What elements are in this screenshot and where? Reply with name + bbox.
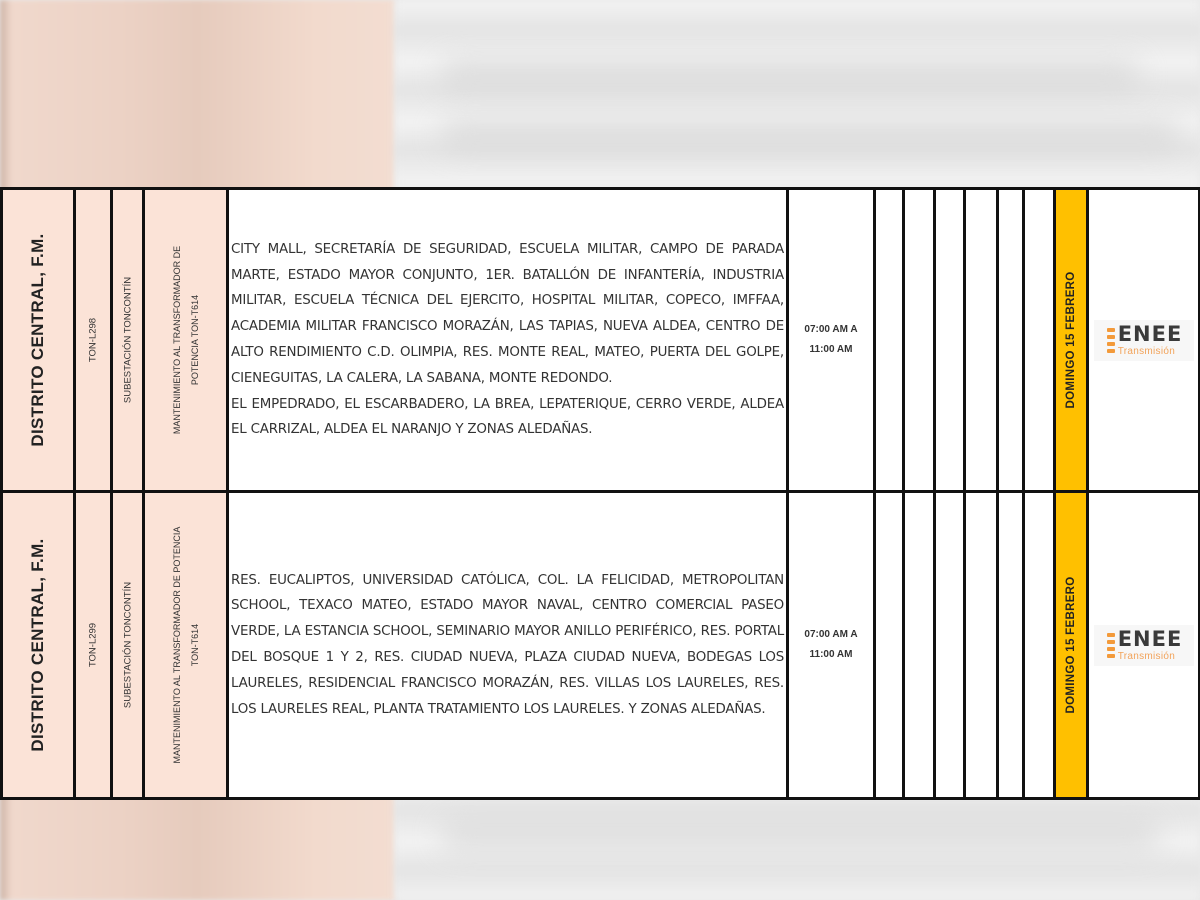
empty-cell — [875, 492, 904, 799]
enee-logo: ENEE Transmisión — [1094, 320, 1194, 361]
empty-cell — [965, 189, 998, 492]
table-row: DISTRITO CENTRAL, F.M. TON-L298 SUBESTAC… — [2, 189, 1200, 492]
empty-cell — [965, 492, 998, 799]
circuit-label: TON-L298 — [88, 318, 99, 362]
affected-areas: CITY MALL, SECRETARÍA DE SEGURIDAD, ESCU… — [229, 237, 786, 443]
substation-cell: SUBESTACIÓN TONCONTÍN — [112, 189, 144, 492]
circuit-cell: TON-L299 — [75, 492, 112, 799]
time-cell: 07:00 AM A 11:00 AM — [788, 492, 875, 799]
affected-areas-paragraph: CITY MALL, SECRETARÍA DE SEGURIDAD, ESCU… — [231, 237, 784, 392]
logo-cell: ENEE Transmisión — [1088, 492, 1200, 799]
circuit-cell: TON-L298 — [75, 189, 112, 492]
substation-label: SUBESTACIÓN TONCONTÍN — [122, 582, 133, 708]
district-label: DISTRITO CENTRAL, F.M. — [28, 233, 48, 446]
affected-areas-paragraph: RES. EUCALIPTOS, UNIVERSIDAD CATÓLICA, C… — [231, 568, 784, 723]
time-cell: 07:00 AM A 11:00 AM — [788, 189, 875, 492]
empty-cell — [1024, 492, 1055, 799]
circuit-label: TON-L299 — [88, 623, 99, 667]
logo-name: ENEE — [1118, 629, 1183, 650]
affected-areas-cell: CITY MALL, SECRETARÍA DE SEGURIDAD, ESCU… — [228, 189, 788, 492]
empty-cell — [904, 189, 935, 492]
empty-cell — [1024, 189, 1055, 492]
work-description-cell: MANTENIMIENTO AL TRANSFORMADOR DE POTENC… — [144, 492, 228, 799]
date-label: DOMINGO 15 FEBRERO — [1065, 576, 1077, 713]
work-description: MANTENIMIENTO AL TRANSFORMADOR DE POTENC… — [168, 527, 204, 764]
enee-logo: ENEE Transmisión — [1094, 625, 1194, 666]
affected-areas: RES. EUCALIPTOS, UNIVERSIDAD CATÓLICA, C… — [229, 568, 786, 723]
work-description-line: MANTENIMIENTO AL TRANSFORMADOR DE — [168, 246, 186, 434]
district-cell: DISTRITO CENTRAL, F.M. — [2, 189, 75, 492]
blurred-text-smudge — [440, 820, 1160, 850]
blurred-text-smudge — [440, 120, 1180, 150]
date-cell: DOMINGO 15 FEBRERO — [1055, 189, 1088, 492]
enee-logo-icon — [1105, 631, 1115, 659]
date-cell: DOMINGO 15 FEBRERO — [1055, 492, 1088, 799]
table-row: DISTRITO CENTRAL, F.M. TON-L299 SUBESTAC… — [2, 492, 1200, 799]
affected-areas-cell: RES. EUCALIPTOS, UNIVERSIDAD CATÓLICA, C… — [228, 492, 788, 799]
enee-logo-icon — [1105, 326, 1115, 354]
logo-cell: ENEE Transmisión — [1088, 189, 1200, 492]
affected-areas-paragraph: EL EMPEDRADO, EL ESCARBADERO, LA BREA, L… — [231, 392, 784, 444]
empty-cell — [935, 492, 965, 799]
work-description-line: MANTENIMIENTO AL TRANSFORMADOR DE POTENC… — [168, 527, 186, 764]
empty-cell — [998, 492, 1024, 799]
work-description-line: POTENCIA TON-T614 — [186, 246, 204, 434]
date-label: DOMINGO 15 FEBRERO — [1065, 271, 1077, 408]
time-end: 11:00 AM — [789, 340, 873, 360]
empty-cell — [935, 189, 965, 492]
time-start: 07:00 AM A — [789, 625, 873, 645]
work-description: MANTENIMIENTO AL TRANSFORMADOR DE POTENC… — [168, 246, 204, 434]
empty-cell — [875, 189, 904, 492]
logo-subtitle: Transmisión — [1118, 347, 1183, 357]
logo-subtitle: Transmisión — [1118, 652, 1183, 662]
time-start: 07:00 AM A — [789, 320, 873, 340]
outage-schedule-table: DISTRITO CENTRAL, F.M. TON-L298 SUBESTAC… — [0, 187, 1200, 800]
district-cell: DISTRITO CENTRAL, F.M. — [2, 492, 75, 799]
outage-schedule-sheet: DISTRITO CENTRAL, F.M. TON-L298 SUBESTAC… — [0, 187, 1198, 797]
work-description-line: TON-T614 — [186, 527, 204, 764]
empty-cell — [998, 189, 1024, 492]
empty-cell — [904, 492, 935, 799]
logo-name: ENEE — [1118, 324, 1183, 345]
time-range: 07:00 AM A 11:00 AM — [789, 320, 873, 360]
time-end: 11:00 AM — [789, 645, 873, 665]
work-description-cell: MANTENIMIENTO AL TRANSFORMADOR DE POTENC… — [144, 189, 228, 492]
blurred-text-smudge — [440, 60, 1140, 90]
district-label: DISTRITO CENTRAL, F.M. — [28, 538, 48, 751]
time-range: 07:00 AM A 11:00 AM — [789, 625, 873, 665]
substation-label: SUBESTACIÓN TONCONTÍN — [122, 277, 133, 403]
substation-cell: SUBESTACIÓN TONCONTÍN — [112, 492, 144, 799]
